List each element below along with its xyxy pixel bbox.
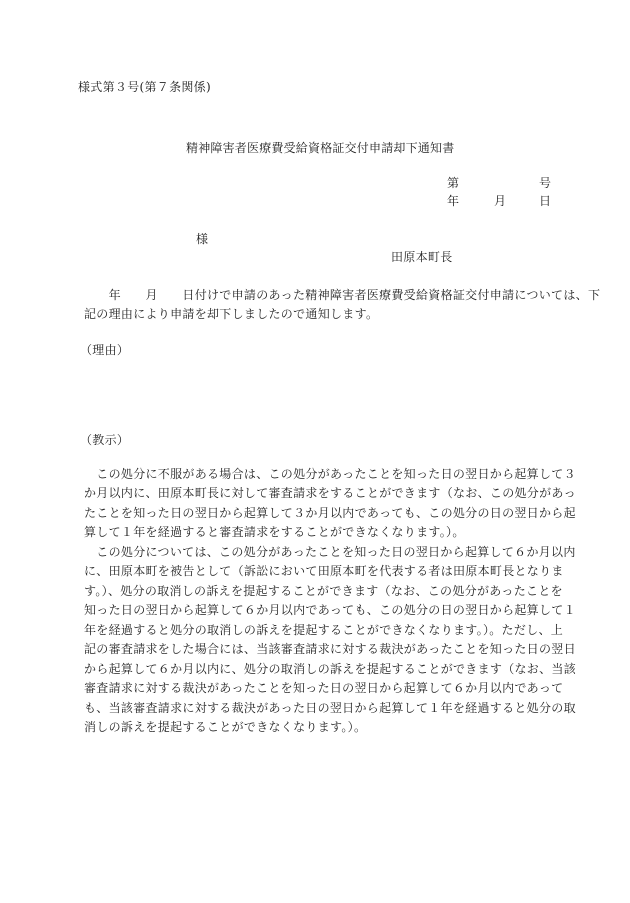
instruction-line: す。）、処分の取消しの訴えを提起することができます（なお、この処分があったことを: [84, 584, 554, 598]
intro-line: 記の理由により申請を却下しましたので通知します。: [84, 307, 554, 321]
reason-label: （理由）: [80, 343, 129, 357]
instruction-line: に、田原本町を被告として（訴訟において田原本町を代表する者は田原本町長となりま: [84, 564, 554, 578]
instruction-line: 知った日の翌日から起算して６か月以内であっても、この処分の日の翌日から起算して１: [84, 603, 554, 617]
date-year: 年: [447, 194, 459, 208]
instruction-line: か月以内に、田原本町長に対して審査請求をすることができます（なお、この処分があっ: [84, 486, 554, 500]
issuer-name: 田原本町長: [391, 250, 453, 264]
instruction-line: 算して１年を経過すると審査請求をすることができなくなります。）。: [84, 525, 554, 539]
instruction-line: たことを知った日の翌日から起算して３か月以内であっても、この処分の日の翌日から起: [84, 506, 554, 520]
addressee-honorific: 様: [196, 232, 208, 246]
instruction-line: も、当該審査請求に対する裁決があった日の翌日から起算して１年を経過すると処分の取: [84, 701, 554, 715]
date-day: 日: [539, 194, 551, 208]
instruction-line: 記の審査請求をした場合には、当該審査請求に対する裁決があったことを知った日の翌日: [84, 642, 554, 656]
form-number: 様式第３号(第７条関係): [78, 80, 211, 94]
instruction-label: （教示）: [80, 433, 129, 447]
date-month: 月: [494, 194, 506, 208]
instruction-line: 消しの訴えを提起することができなくなります。）。: [84, 720, 554, 734]
instruction-line: 審査請求に対する裁決があったことを知った日の翌日から起算して６か月以内であって: [84, 681, 554, 695]
number-suffix: 号: [539, 176, 551, 190]
document-page: 様式第３号(第７条関係) 精神障害者医療費受給資格証交付申請却下通知書 第 号 …: [0, 0, 630, 903]
document-title: 精神障害者医療費受給資格証交付申請却下通知書: [186, 141, 454, 155]
instruction-line: から起算して６か月以内に、処分の取消しの訴えを提起することができます（なお、当該: [84, 662, 554, 676]
number-prefix: 第: [447, 176, 459, 190]
intro-line: 年 月 日付けで申請のあった精神障害者医療費受給資格証交付申請については、下: [84, 288, 554, 302]
instruction-line: 年を経過すると処分の取消しの訴えを提起することができなくなります。）。ただし、上: [84, 623, 554, 637]
instruction-line: この処分については、この処分があったことを知った日の翌日から起算して６か月以内: [84, 545, 554, 559]
instruction-line: この処分に不服がある場合は、この処分があったことを知った日の翌日から起算して３: [84, 467, 554, 481]
